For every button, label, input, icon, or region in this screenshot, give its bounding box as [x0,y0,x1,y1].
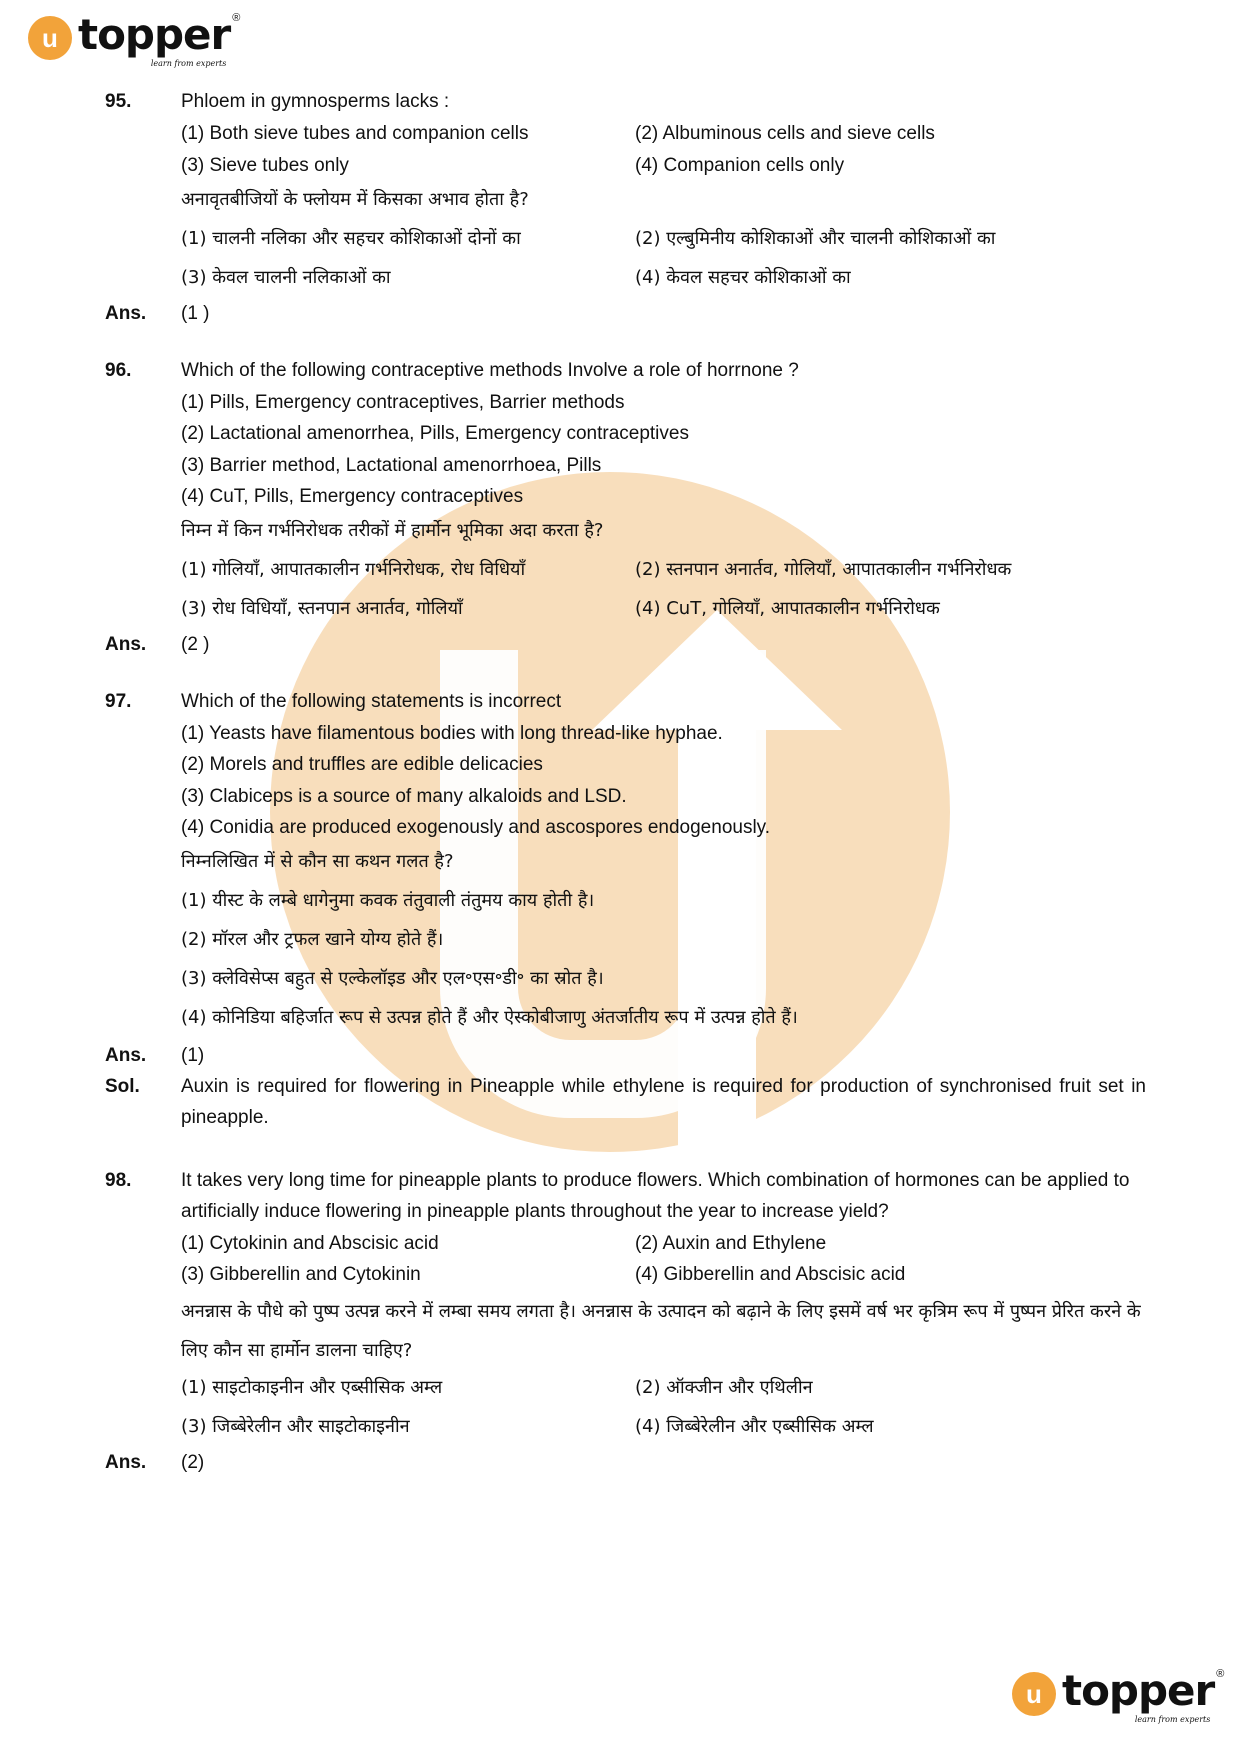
answer-value: (2) [181,1452,204,1474]
option-en: (3) Barrier method, Lactational amenorrh… [181,455,601,477]
answer-label: Ans. [105,303,146,325]
answer-label: Ans. [105,1045,146,1067]
brand-tagline: learn from experts [1135,1715,1211,1724]
option-en: (3) Gibberellin and Cytokinin [181,1264,421,1286]
option-en: (4) Conidia are produced exogenously and… [181,817,770,839]
question-number: 96. [105,360,131,382]
question-text-hi: अनावृतबीजियों के फ्लोयम में किसका अभाव ह… [181,187,529,211]
option-en: (4) CuT, Pills, Emergency contraceptives [181,486,523,508]
option-hi: (4) कोनिडिया बहिर्जात रूप से उत्पन्न होत… [181,1005,798,1029]
question-number: 98. [105,1170,131,1192]
brand-name: topper [78,12,230,58]
solution-text: Auxin is required for flowering in Pinea… [181,1071,1146,1133]
option-en: (2) Morels and truffles are edible delic… [181,754,543,776]
option-hi: (3) जिब्बेरेलीन और साइटोकाइनीन [181,1414,410,1438]
option-hi: (4) केवल सहचर कोशिकाओं का [635,265,851,289]
option-en: (3) Sieve tubes only [181,155,349,177]
question-text-en: Which of the following statements is inc… [181,691,561,713]
option-hi: (2) मॉरल और ट्रफल खाने योग्य होते हैं। [181,927,443,951]
option-hi: (4) CuT, गोलियाँ, आपातकालीन गर्भनिरोधक [635,596,940,620]
answer-value: (1 ) [181,303,210,325]
option-en: (1) Pills, Emergency contraceptives, Bar… [181,392,625,414]
u-arrow-up-icon: u [1012,1672,1056,1716]
option-hi: (1) साइटोकाइनीन और एब्सीसिक अम्ल [181,1375,442,1399]
option-en: (4) Gibberellin and Abscisic acid [635,1264,905,1286]
brand-tagline: learn from experts [151,59,227,68]
option-hi: (2) स्तनपान अनार्तव, गोलियाँ, आपातकालीन … [635,557,1011,581]
option-hi: (1) यीस्ट के लम्बे धागेनुमा कवक तंतुवाली… [181,888,594,912]
header-logo: u topper ® learn from experts [28,12,240,60]
answer-label: Ans. [105,634,146,656]
option-en: (1) Both sieve tubes and companion cells [181,123,528,145]
option-en: (2) Auxin and Ethylene [635,1233,826,1255]
question-text-hi: निम्न में किन गर्भनिरोधक तरीकों में हार्… [181,518,603,542]
option-hi: (3) रोध विधियाँ, स्तनपान अनार्तव, गोलिया… [181,596,463,620]
u-arrow-up-icon: u [28,16,72,60]
registered-mark: ® [232,12,240,24]
option-en: (4) Companion cells only [635,155,844,177]
option-en: (1) Yeasts have filamentous bodies with … [181,723,723,745]
footer-logo: u topper ® learn from experts [1012,1668,1224,1716]
answer-value: (1) [181,1045,204,1067]
option-hi: (1) गोलियाँ, आपातकालीन गर्भनिरोधक, रोध व… [181,557,525,581]
solution-label: Sol. [105,1076,140,1098]
option-hi: (3) क्लेविसेप्स बहुत से एल्केलॉइड और एल॰… [181,966,604,990]
question-text-en: Phloem in gymnosperms lacks : [181,91,449,113]
option-en: (2) Lactational amenorrhea, Pills, Emerg… [181,423,689,445]
option-en: (2) Albuminous cells and sieve cells [635,123,935,145]
question-text-hi: अनन्नास के पौधे को पुष्प उत्पन्न करने मे… [181,1292,1146,1370]
question-text-en: Which of the following contraceptive met… [181,360,799,382]
option-hi: (1) चालनी नलिका और सहचर कोशिकाओं दोनों क… [181,226,521,250]
option-en: (1) Cytokinin and Abscisic acid [181,1233,439,1255]
question-text-hi: निम्नलिखित में से कौन सा कथन गलत है? [181,849,454,873]
registered-mark: ® [1216,1668,1224,1680]
option-en: (3) Clabiceps is a source of many alkalo… [181,786,627,808]
question-text-en: It takes very long time for pineapple pl… [181,1165,1146,1227]
option-hi: (2) एल्बुमिनीय कोशिकाओं और चालनी कोशिकाओ… [635,226,995,250]
option-hi: (4) जिब्बेरेलीन और एब्सीसिक अम्ल [635,1414,874,1438]
document-page: u topper ® learn from experts 95. Phloem… [0,0,1241,1754]
answer-value: (2 ) [181,634,210,656]
answer-label: Ans. [105,1452,146,1474]
option-hi: (3) केवल चालनी नलिकाओं का [181,265,391,289]
question-number: 95. [105,91,131,113]
brand-name: topper [1062,1668,1214,1714]
question-number: 97. [105,691,131,713]
option-hi: (2) ऑक्जीन और एथिलीन [635,1375,813,1399]
